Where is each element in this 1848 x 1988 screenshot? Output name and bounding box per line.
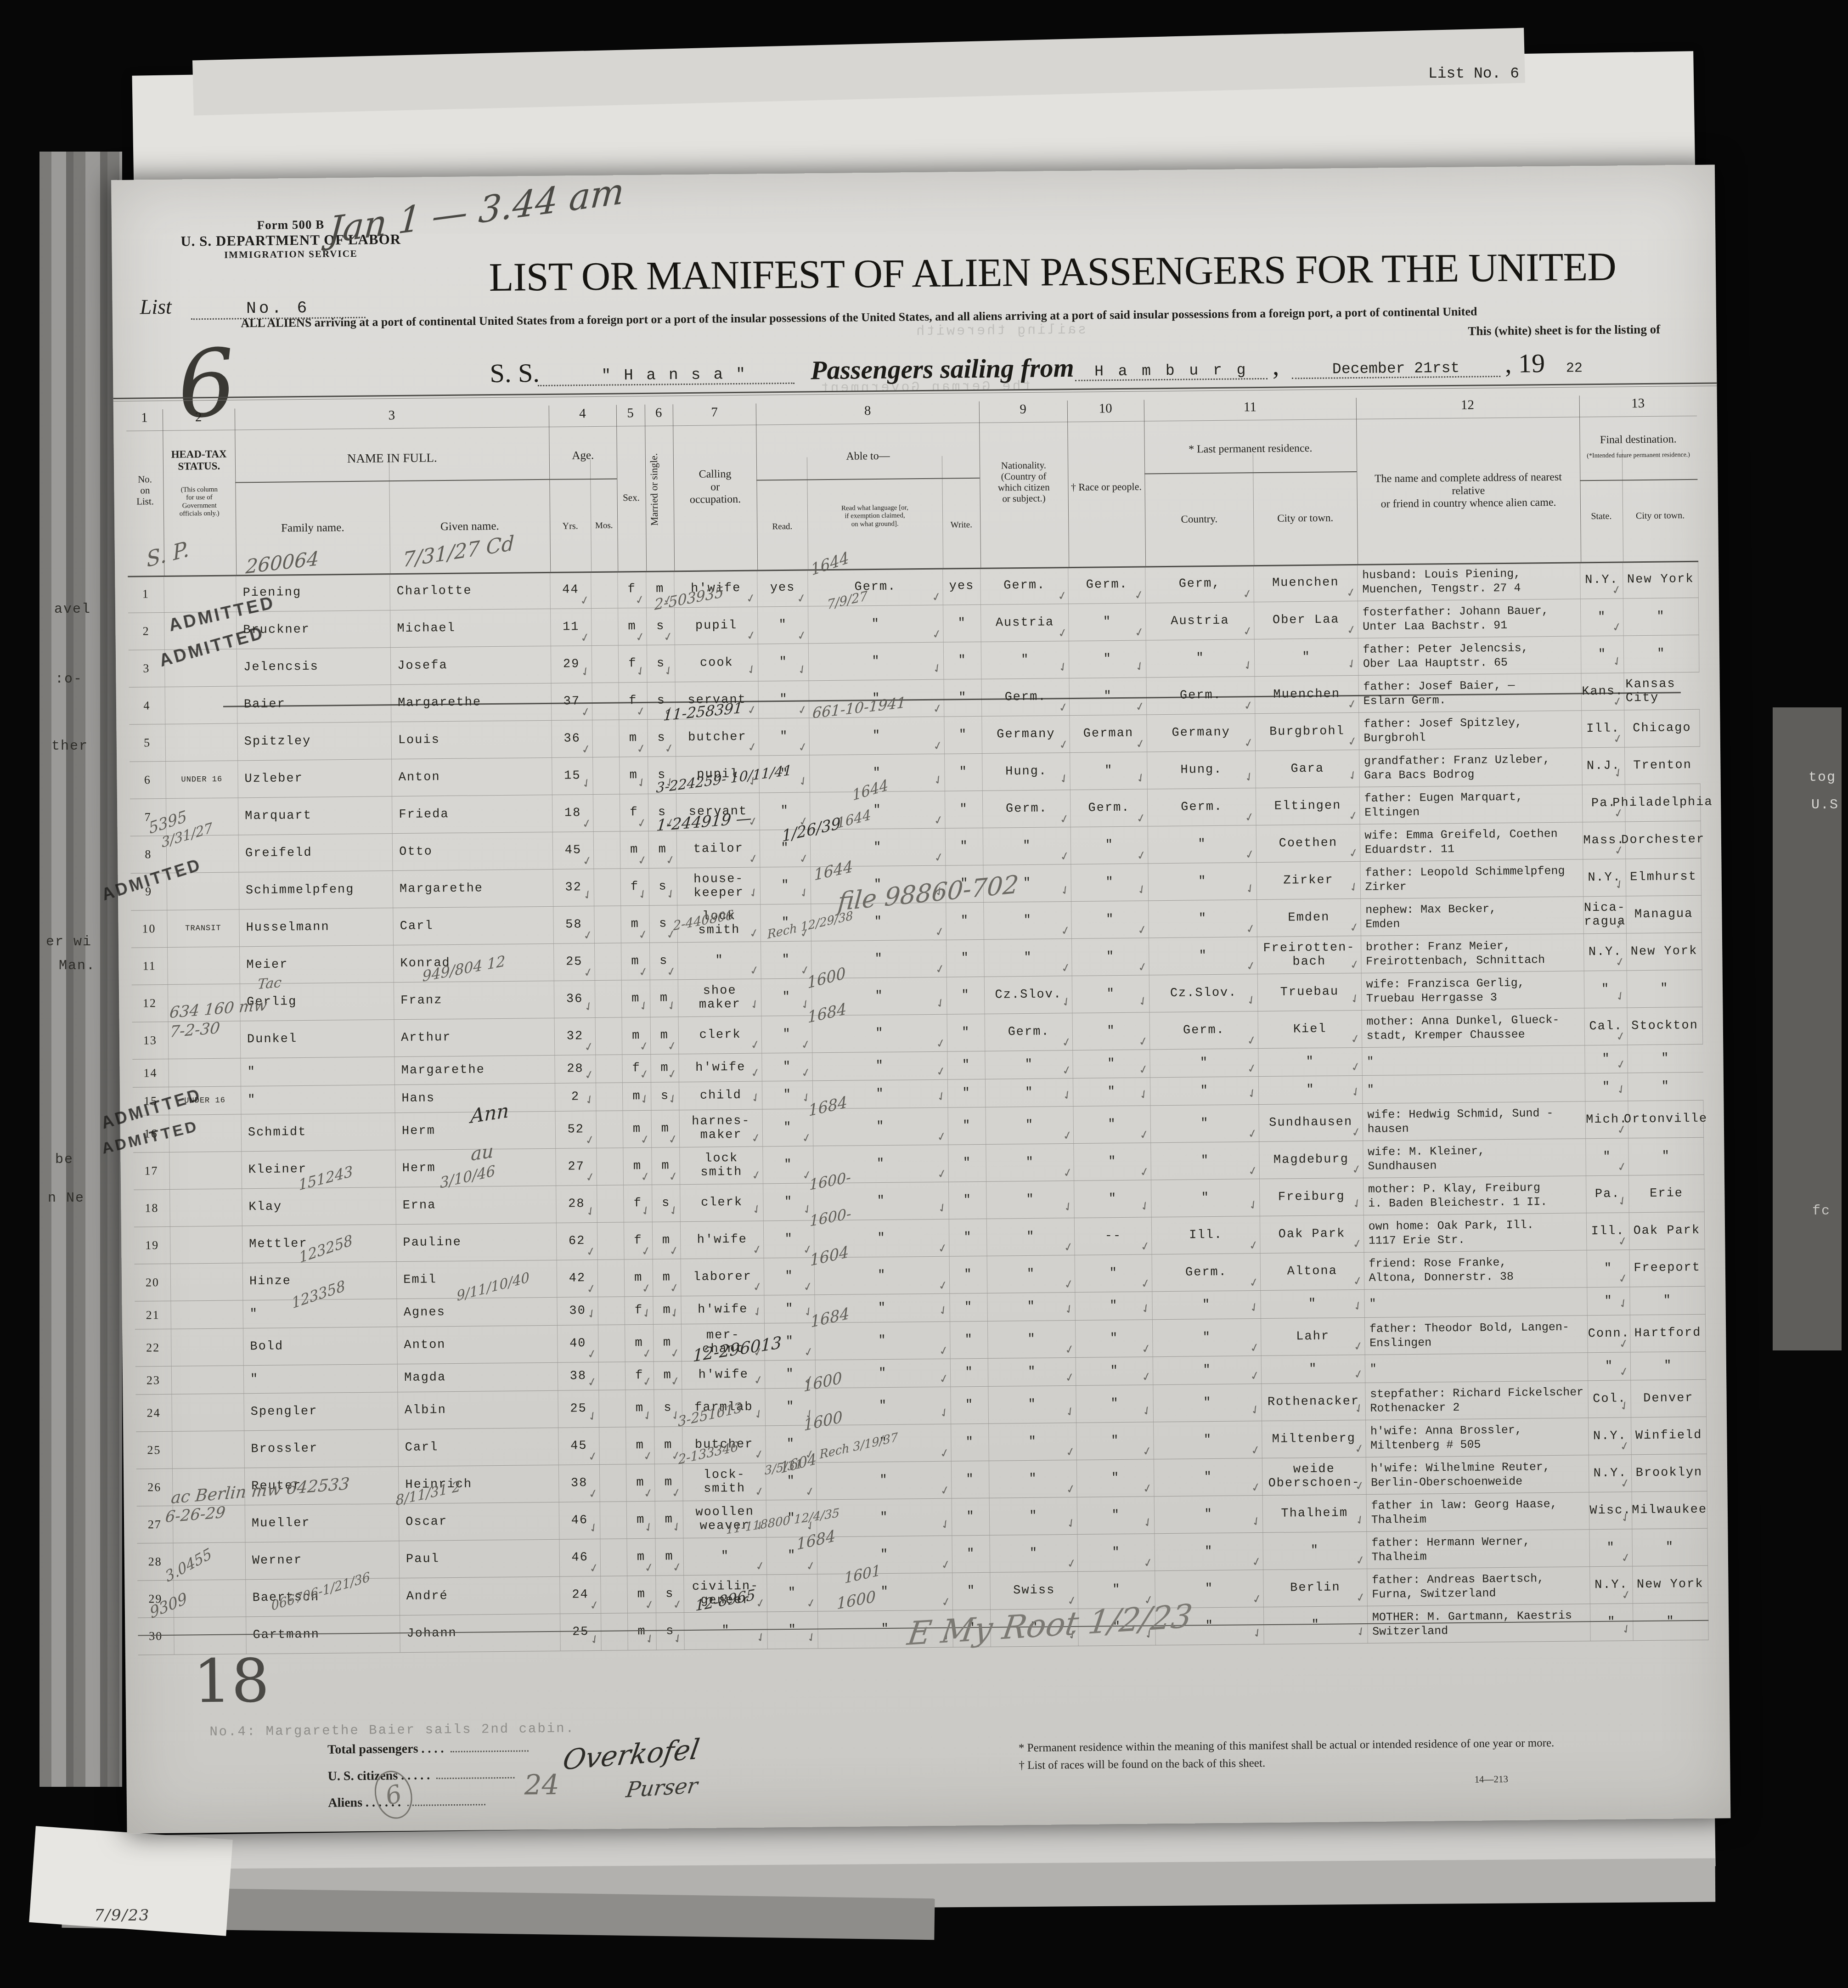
cell-mar: m [654,1324,682,1361]
cell-wr: " [944,717,982,754]
cell-ht [168,947,240,984]
cell-fam: " [241,1085,395,1114]
cell-race: Germ. [1069,566,1146,604]
cell-dst: Managua [1626,896,1702,933]
cell-nat: " [986,1079,1074,1107]
cell-mos [594,869,621,906]
cell-occ: " [684,1537,767,1575]
header-nationality: Nationality. (Country of which citizen o… [980,459,1068,504]
cell-yrs: 40 [558,1325,599,1362]
cell-fam: Dunkel [241,1020,395,1058]
cell-mar: m [655,1501,683,1538]
header-last-residence: * Last permanent residence. [1144,442,1357,457]
cell-dst: " [1630,1287,1706,1315]
cell-dst: " [1630,1352,1706,1380]
cell-nat: Hung. [982,753,1070,791]
cell-mar: s [656,1576,684,1613]
cell-fam: Mueller [245,1504,400,1542]
cell-mos [594,906,621,943]
cell-dst: Trenton [1625,747,1701,785]
cell-occ: h'wife [681,1221,764,1259]
cell-sex: m [621,906,649,943]
cell-st: " [1590,1529,1633,1566]
cell-dst: Ortonville [1628,1101,1704,1138]
cell-ht [171,1328,244,1366]
ss-label: S. S. [490,357,540,389]
cell-rd: " [764,1220,814,1258]
cell-st: N.Y. [1583,859,1626,896]
cell-yrs: 25 [554,943,595,981]
cell-mar: m [653,1296,682,1324]
header-given-name: Given name. [389,520,550,534]
cell-dst: Freeport [1629,1249,1705,1287]
list-number-value: No. 6 [246,299,310,318]
cell-st: Pa. [1586,1175,1629,1213]
cell-race: " [1073,1012,1150,1050]
cell-sex: m [618,608,647,645]
cell-st: " [1586,1138,1629,1175]
table-header: 1 2 3 4 5 6 7 8 9 10 11 12 13 [126,395,1698,577]
cell-sex: m [627,1576,656,1613]
cell-fam: Schmidt [242,1113,396,1151]
cell-rd: " [758,606,808,644]
cell-wr: " [952,1461,990,1498]
cell-rel: husband: Louis Piening, Muenchen, Tengst… [1358,562,1581,601]
cell-rel: mother: P. Klay, Freiburg i. Baden Bleic… [1363,1176,1587,1215]
cell-lg: " [817,1462,952,1500]
page-title: LIST OR MANIFEST OF ALIEN PASSENGERS FOR… [489,244,1616,301]
cell-nat: " [984,939,1072,977]
cell-st: Wisc. [1589,1492,1632,1529]
cell-rd: " [761,867,811,904]
cell-occ: clerk [680,1184,764,1221]
col-number: 11 [1144,399,1356,416]
cell-fam: Greifeld [239,834,393,872]
cell-dst: Elmhurst [1626,858,1702,896]
cell-mar: m [650,980,678,1017]
cell-st: Ill. [1582,710,1625,747]
cell-cty: " [1150,1077,1259,1105]
cell-rel: stepfather: Richard Fickelscher Rothenac… [1365,1381,1589,1420]
cell-town: " [1261,1290,1364,1318]
cell-st: Mass. [1583,822,1626,859]
cell-giv: Magda [398,1363,558,1392]
bleedthrough-ghost-text: sailing therewith [914,322,1086,340]
cell-ht [165,723,238,761]
cell-occ: child [679,1081,763,1110]
cell-fam: Spitzley [237,722,392,760]
cell-nat: Swiss [990,1572,1078,1610]
cell-town: " [1263,1532,1367,1570]
cell-wr: " [952,1536,990,1573]
cell-no: 17 [133,1152,169,1190]
cell-nat: " [984,902,1072,939]
total-passengers-line [451,1750,529,1752]
cell-sex: m [623,1111,651,1148]
cell-mos [599,1390,626,1427]
cell-st: N.Y. [1590,1566,1633,1604]
ship-name: " H a n s a " [554,366,794,385]
cell-st: Kans. [1582,673,1624,710]
cell-no: 18 [134,1190,170,1227]
cell-race: " [1077,1459,1154,1497]
cell-town: " [1259,1076,1363,1104]
cell-sex: m [627,1502,655,1539]
cell-occ: " [678,942,761,979]
cell-race: " [1073,1078,1150,1106]
cell-town: Coethen [1256,825,1360,862]
cell-mar: m [654,1361,682,1389]
cell-cty: " [1146,639,1255,677]
cell-mar: s [650,943,678,980]
scanned-manifest-photo: List No. 6 avel :o- ther er wi Man. be n… [0,0,1848,1988]
cell-town: Rothenacker [1262,1383,1365,1421]
cell-ht: TRANSIT [167,909,240,947]
cell-wr: " [944,642,982,679]
header-headtax: HEAD-TAX STATUS. [163,448,235,473]
cell-mar: m [653,1259,681,1296]
cell-town: Freirotten- bach [1257,936,1361,974]
cell-dst: New York [1627,933,1702,971]
header-married-single: Married or single. [648,432,673,547]
cell-town: " [1258,1048,1362,1076]
header-write: Write. [942,520,980,531]
cell-nat: " [988,1358,1076,1386]
cell-mar: s [649,868,677,905]
list-label: List [140,295,172,319]
sailing-date: December 21rst [1292,359,1500,378]
header-age: Age. [549,449,617,463]
cell-no: 2 [128,613,164,650]
cell-fam: Bold [243,1327,398,1365]
cell-rel: grandfather: Franz Uzleber, Gara Bacs Bo… [1359,748,1583,787]
cell-rd: yes [758,569,808,606]
header-dest-city: City or town. [1623,510,1698,522]
cell-cty: " [1149,900,1257,938]
header-relative: The name and complete address of nearest… [1357,471,1580,511]
cell-dst: Chicago [1624,710,1700,747]
cell-occ: pupil [675,607,758,645]
cell-nat: " [989,1423,1077,1461]
cell-no: 10 [131,910,167,948]
cell-town: Emden [1257,899,1361,937]
cell-cty: " [1154,1458,1263,1496]
cell-nat: " [985,1050,1073,1079]
cell-dst: Denver [1631,1380,1707,1418]
margin-fragment: er wi [46,934,92,950]
us-citizens-line [436,1777,514,1779]
cell-ht [171,1366,244,1394]
cell-race: " [1071,826,1148,864]
cell-giv: André [400,1577,560,1615]
cell-yrs: 27 [556,1148,597,1186]
cell-race: " [1076,1320,1153,1357]
total-passengers-label: Total passengers . . . . [327,1741,444,1756]
cell-lg: " [817,1536,952,1574]
cell-st: Nica- ragua [1583,896,1626,933]
cell-nat: Cz.Slov. [985,976,1073,1014]
cell-nat: Germ. [983,790,1071,828]
cell-yrs: 37 [552,683,593,720]
cell-occ: lock- smith [683,1463,766,1501]
port-of-sailing: H a m b u r g [1075,361,1268,380]
cell-race: -- [1075,1217,1152,1255]
cell-rel: h'wife: Anna Brossler, Miltenberg # 505 [1366,1418,1589,1457]
header-calling: Calling or occupation. [673,468,757,507]
cell-sex: m [626,1464,655,1502]
margin-fragment: fc [1812,1203,1831,1219]
cell-nat: Germ. [985,1013,1073,1051]
cell-mar: m [651,1054,679,1082]
cell-yrs: 24 [560,1576,601,1614]
cell-yrs: 45 [553,832,594,869]
cell-sex: f [624,1222,653,1259]
cell-rel: father: Josef Spitzley, Burgbrohl [1359,711,1582,750]
cell-rel: father: Leopold Schimmelpfeng Zirker [1360,859,1583,898]
cell-rd: " [762,1016,812,1053]
cell-mos [597,1222,625,1259]
cell-town: weide Oberschoen- [1262,1457,1366,1495]
cell-wr: " [951,1387,989,1424]
cell-town: Kiel [1258,1011,1362,1048]
cell-sex: f [622,1055,651,1083]
cell-town: Thalheim [1263,1495,1367,1532]
cell-wr: " [945,754,983,791]
cell-occ: h'wife [681,1295,765,1324]
cell-town: Miltenberg [1262,1420,1366,1458]
cell-nat: Austria [981,604,1069,642]
cell-sex: f [619,683,648,720]
cell-rel: fosterfather: Johann Bauer, Unter Laa Ba… [1358,599,1581,638]
cell-cty: Germany [1147,714,1256,751]
cell-rel: own home: Oak Park, Ill. 1117 Erie Str. [1363,1213,1587,1252]
cell-occ: clerk [679,1016,762,1054]
cell-rel: father: Eugen Marquart, Eltingen [1360,785,1583,824]
header-final-destination: Final destination. [1579,433,1697,447]
cell-nat: " [990,1535,1078,1572]
cell-no: 26 [136,1469,173,1506]
cell-mar: m [650,1017,679,1054]
cell-rd: " [763,1109,813,1146]
cell-town: Zirker [1256,862,1360,899]
cell-nat: " [983,827,1071,865]
cell-nat: " [987,1255,1076,1293]
cell-race: " [1072,975,1149,1013]
cell-race: " [1076,1292,1153,1320]
cell-no: 21 [135,1301,171,1329]
cell-giv: Charlotte [390,572,551,610]
cell-yrs: 2 [555,1083,596,1111]
cell-no: 22 [135,1329,171,1367]
cell-cty: " [1148,825,1257,863]
col-number: 9 [979,401,1067,418]
cell-no: 25 [136,1432,172,1469]
service-name: IMMIGRATION SERVICE [180,248,401,261]
cell-no: 4 [129,687,165,724]
cell-wr: " [947,1014,985,1051]
cell-dst: " [1628,1138,1704,1175]
cell-fam: Husselmann [239,908,394,946]
margin-fragment: ther [51,739,88,754]
cell-st: N.Y. [1584,933,1627,971]
cell-giv: Paul [400,1540,560,1578]
cell-ht [171,1300,243,1329]
cell-race: " [1069,640,1146,678]
cell-occ: shoe maker [678,979,762,1017]
cell-no: 24 [135,1395,172,1432]
cell-dst: Erie [1629,1175,1705,1213]
passenger-table-body: 1PieningCharlotte44fmh'wifeyesGerm.yesGe… [128,561,1708,1655]
cell-cty: " [1153,1319,1262,1356]
cell-race: " [1078,1534,1155,1571]
cell-ht [169,1058,241,1087]
cell-no: 6 [130,762,166,799]
header-state: State. [1580,511,1623,522]
cell-race: " [1069,603,1146,641]
cell-occ: h'wife [679,1053,762,1082]
cell-mos [595,943,622,980]
cell-race: " [1074,1180,1151,1218]
cell-race: " [1076,1385,1154,1423]
header-read-language: Read what language [or, if exemption cla… [807,504,943,529]
cell-race: " [1073,1050,1150,1078]
cell-cty: Germ. [1148,788,1256,826]
cell-sex: f [620,794,648,831]
cell-ht [172,1394,244,1431]
cell-wr: " [943,605,981,642]
cell-occ: cook [675,644,759,682]
cell-rel: wife: Hedwig Schmid, Sund - hausen [1363,1101,1586,1141]
cell-mar: m [652,1147,680,1185]
col-number: 6 [644,405,673,421]
cell-sex: m [621,943,650,980]
cell-rel: h'wife: Wilhelmine Reuter, Berlin-Obersc… [1366,1455,1589,1494]
col-number: 3 [235,407,549,425]
cell-cty: " [1148,863,1257,900]
cell-mos [599,1427,626,1464]
header-final-destination-note: (*Intended future permanent residence.) [1579,452,1697,460]
cell-mar: s [648,719,676,757]
cell-fam: Schimmelpfeng [239,871,393,909]
footnotes: * Permanent residence within the meaning… [1019,1734,1555,1774]
cell-dst: New York [1623,561,1699,599]
margin-fragment: avel [54,602,91,617]
cell-cty: Austria [1146,602,1255,640]
cell-wr: " [946,903,984,940]
cell-town: Freiburg [1260,1178,1363,1216]
header-no-on-list: No. on List. [127,474,163,507]
cell-ht [169,1152,242,1189]
cell-lg: " [812,1052,948,1081]
cell-giv: Oscar [399,1502,560,1541]
margin-fragment: tog [1809,770,1836,785]
col-number: 8 [756,402,979,420]
cell-mos [601,1576,628,1613]
cell-dst: Brooklyn [1631,1454,1707,1492]
cell-nat: Germ. [981,678,1070,716]
cell-fam: Werner [245,1541,400,1579]
cell-wr: " [952,1573,991,1610]
cell-yrs: 25 [558,1390,599,1428]
cell-cty: " [1154,1421,1262,1459]
cell-giv: Josefa [391,646,552,684]
cell-cty: " [1149,937,1258,975]
cell-race: Germ. [1070,789,1148,827]
cell-yrs: 52 [555,1111,597,1148]
sheet-footer: 18 No.4: Margarethe Baier sails 2nd cabi… [138,1620,1710,1828]
cell-mar: m [648,831,677,868]
cell-cty: " [1155,1533,1263,1570]
col-number: 7 [673,405,756,421]
year-printed: , 19 [1505,348,1545,379]
cell-yrs: 36 [552,720,593,757]
cell-yrs: 58 [553,906,595,943]
cell-yrs: 32 [555,1018,596,1055]
col-number: 1 [126,410,163,426]
cell-town: Muenchen [1254,564,1358,602]
cell-race: " [1070,678,1147,715]
cell-sex: m [625,1325,654,1362]
cell-town: Ober Laa [1254,601,1358,639]
cell-fam: " [243,1299,397,1328]
pile-bottom-date: 7/9/23 [94,1906,150,1925]
cell-rd: " [758,644,809,681]
aliens-line [407,1804,485,1806]
cell-town: Oak Park [1260,1215,1364,1253]
cell-sex: f [625,1362,654,1390]
cell-st: Conn. [1588,1315,1630,1352]
cell-dst: Kansas City [1624,672,1700,710]
cell-st: Mich. [1586,1101,1628,1138]
cell-dst: " [1627,970,1702,1008]
margin-fragment: U.S [1811,797,1839,813]
cell-cty: " [1153,1356,1262,1384]
cell-wr: " [951,1359,989,1387]
cell-giv: Margarethe [391,683,552,722]
cell-race: " [1072,901,1149,938]
cell-cty: " [1153,1384,1262,1422]
cell-st: " [1581,636,1624,673]
cell-race: " [1071,864,1149,901]
cell-cty: " [1152,1291,1261,1319]
cell-giv: Albin [398,1391,558,1429]
cell-rel: wife: M. Kleiner, Sundhausen [1363,1139,1586,1178]
cell-sex: m [620,757,648,794]
cell-cty: " [1150,1049,1259,1077]
cell-mar: m [652,1222,681,1259]
manifest-sheet: Form 500 B U. S. DEPARTMENT OF LABOR IMM… [111,164,1730,1833]
cell-nat: " [988,1321,1076,1358]
cell-cty: " [1151,1179,1260,1217]
cell-mos [592,645,619,683]
cell-town: Magdeburg [1259,1141,1363,1179]
cell-rd: " [763,1183,814,1220]
handwritten-annotation: au [471,1141,494,1165]
cell-dst: New York [1633,1566,1708,1604]
cell-fam: Marquart [238,796,393,835]
cell-nat: " [987,1218,1075,1256]
margin-fragment: Man. [59,958,96,974]
cell-st: " [1584,971,1627,1008]
cell-mar: m [655,1538,684,1576]
cell-mos [592,720,620,757]
handwritten-citizen-count: 24 [524,1769,559,1802]
cell-sex: f [619,645,647,683]
cell-race: " [1074,1143,1151,1180]
cell-mos [595,980,622,1017]
cell-giv: Pauline [396,1223,557,1261]
cell-sex: m [619,720,648,757]
